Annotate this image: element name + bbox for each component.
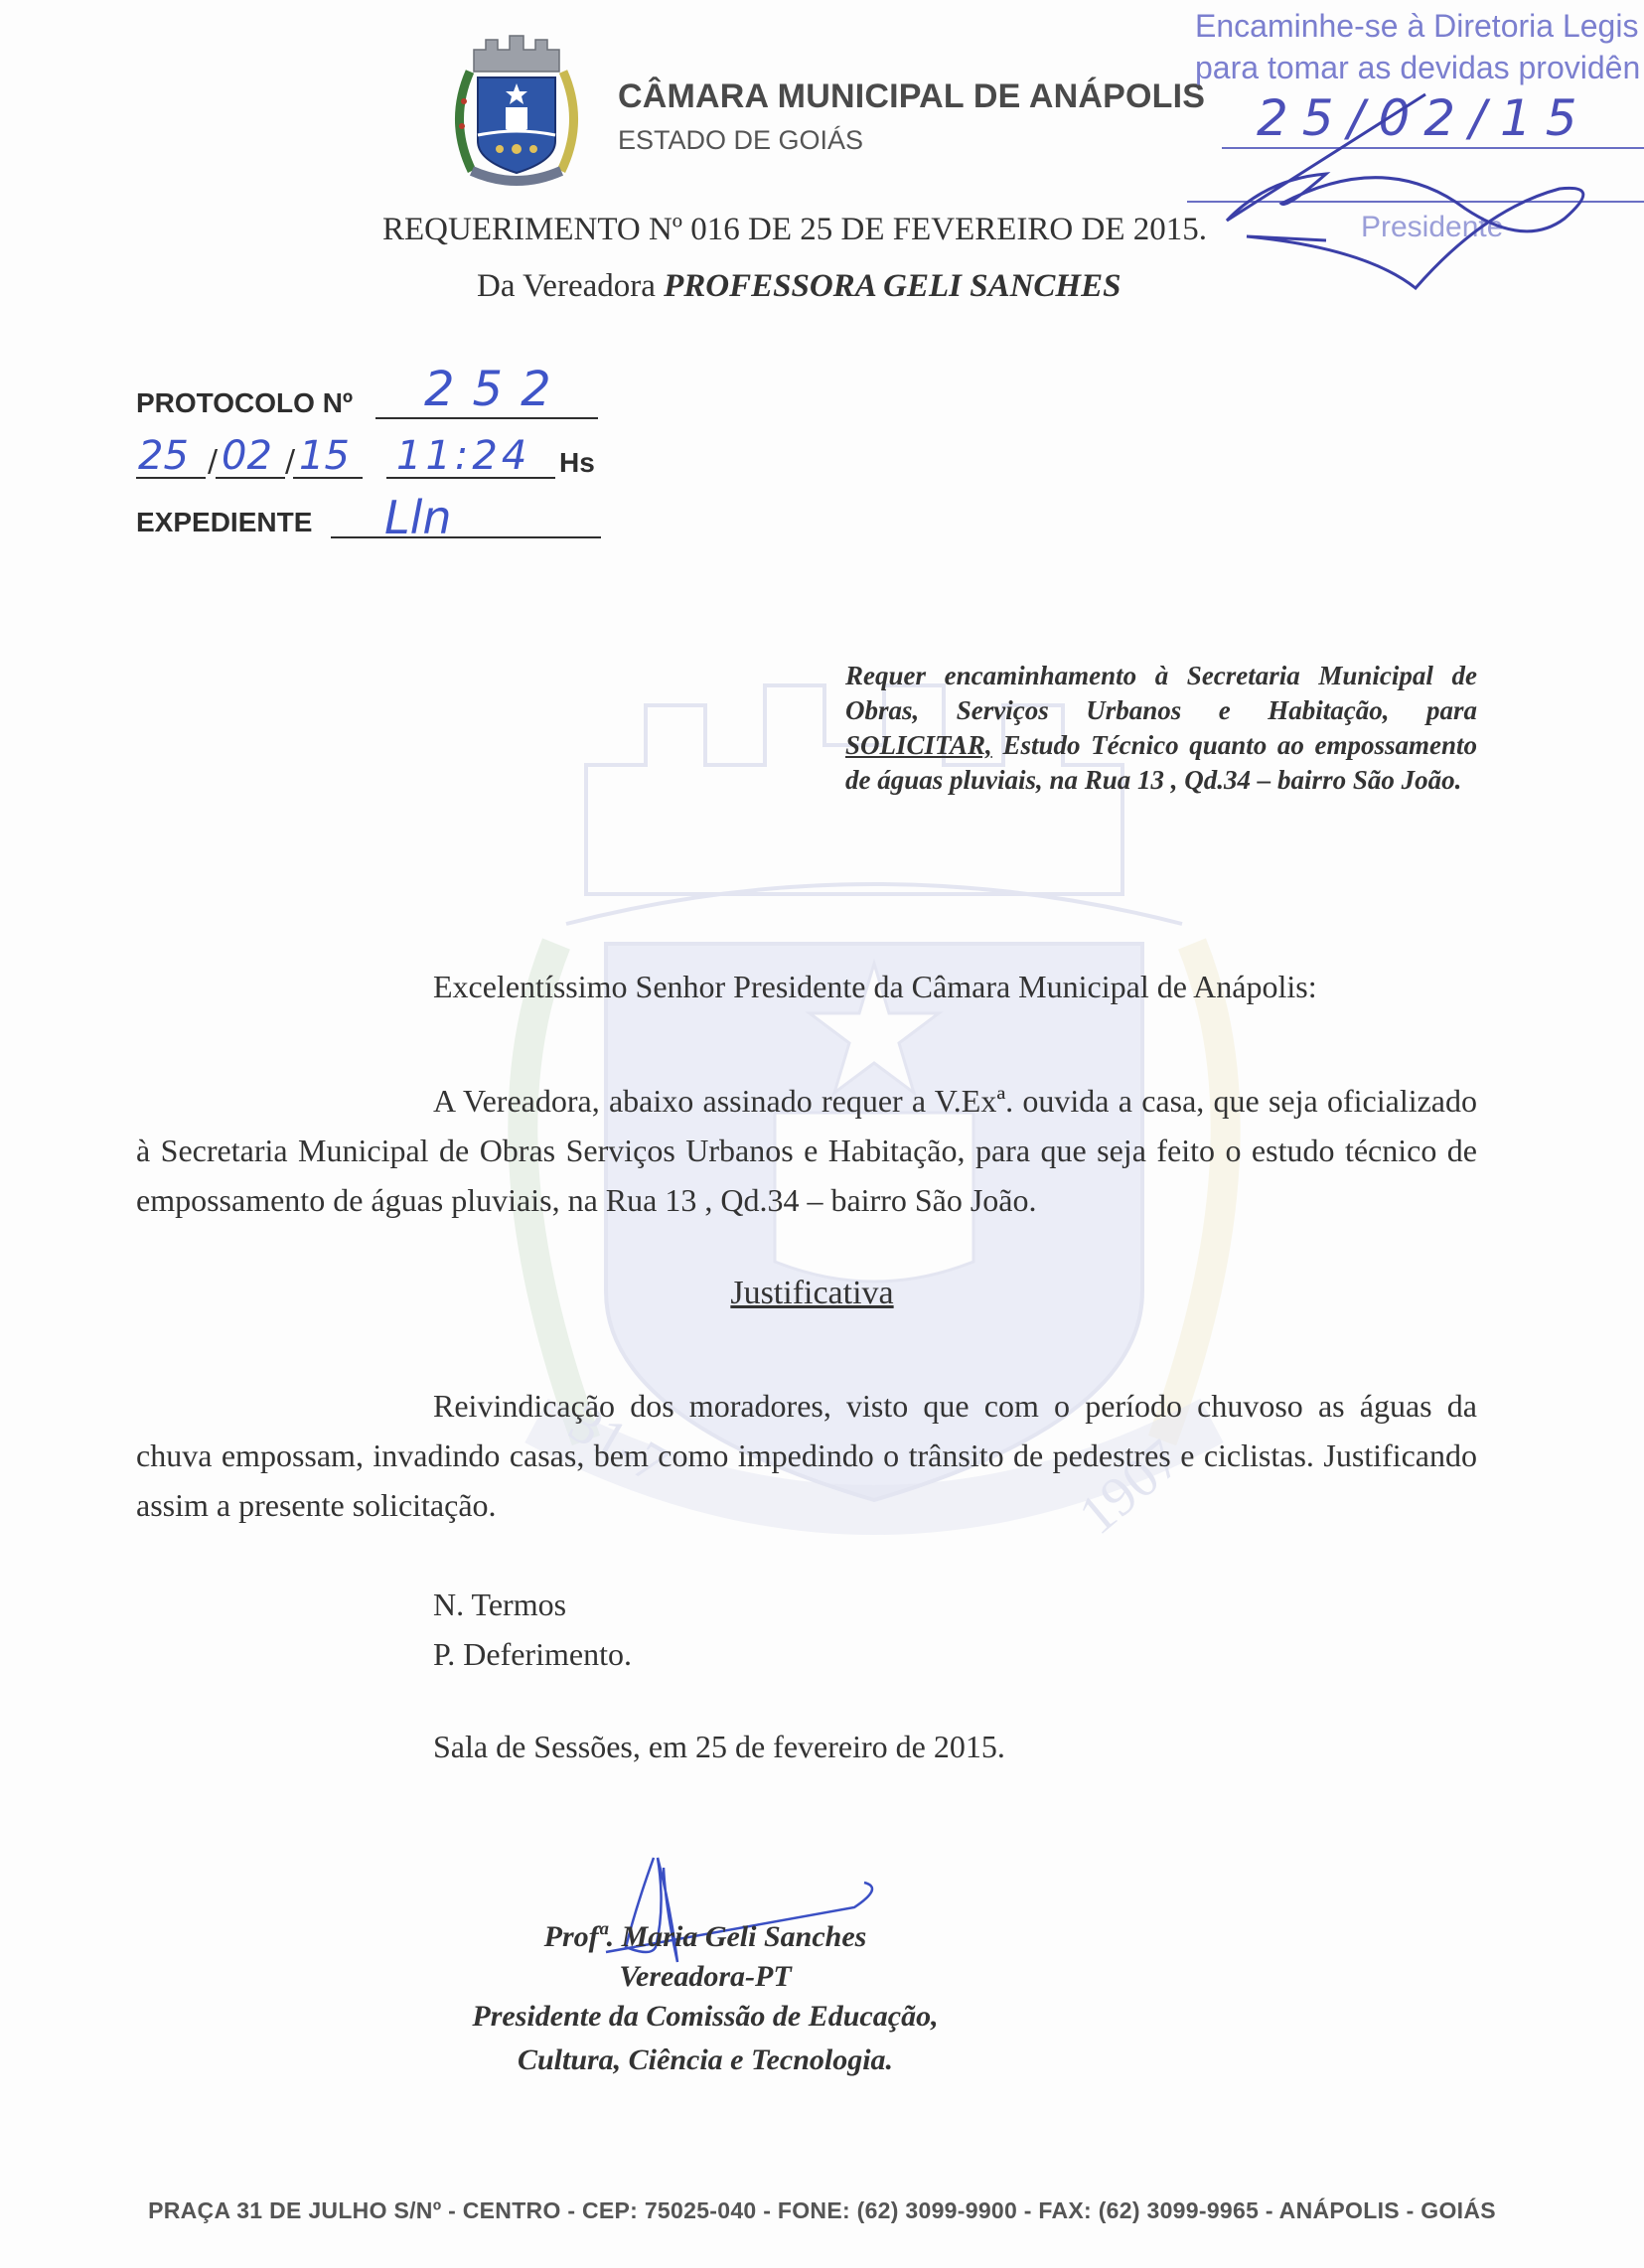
protocol-number-label: PROTOCOLO Nº bbox=[136, 387, 353, 419]
request-paragraph: A Vereadora, abaixo assinado requer a V.… bbox=[136, 1076, 1477, 1225]
justification-paragraph: Reivindicação dos moradores, visto que c… bbox=[136, 1381, 1477, 1530]
date-separator: / bbox=[285, 444, 295, 479]
coat-of-arms-icon bbox=[442, 32, 591, 191]
signer-role-line1: Presidente da Comissão de Educação, bbox=[427, 1997, 983, 2037]
document-author: Da Vereadora PROFESSORA GELI SANCHES bbox=[477, 268, 1121, 305]
protocol-block: PROTOCOLO Nº 252 25 / 02 / 15 11:24 Hs E… bbox=[136, 370, 613, 548]
protocol-datetime-row: 25 / 02 / 15 11:24 Hs bbox=[136, 429, 613, 489]
justification-paragraph-text: Reivindicação dos moradores, visto que c… bbox=[136, 1388, 1477, 1523]
protocol-date-year: 15 bbox=[299, 433, 350, 479]
protocol-expediente-row: EXPEDIENTE Lln bbox=[136, 489, 613, 548]
author-name: PROFESSORA GELI SANCHES bbox=[664, 268, 1121, 304]
justification-heading: Justificativa bbox=[0, 1275, 1644, 1312]
protocol-number-line bbox=[375, 417, 598, 419]
expediente-initials: Lln bbox=[384, 491, 452, 544]
salutation: Excelentíssimo Senhor Presidente da Câma… bbox=[433, 969, 1317, 1005]
closing-formula: N. Termos P. Deferimento. bbox=[433, 1580, 632, 1679]
signer-role-line2: Cultura, Ciência e Tecnologia. bbox=[427, 2041, 983, 2080]
date-separator: / bbox=[208, 444, 218, 479]
protocol-date-day: 25 bbox=[138, 433, 189, 479]
justification-heading-text: Justificativa bbox=[730, 1275, 893, 1311]
protocol-number-row: PROTOCOLO Nº 252 bbox=[136, 370, 613, 429]
organization-name: CÂMARA MUNICIPAL DE ANÁPOLIS bbox=[618, 77, 1205, 116]
dispatch-stamp: Encaminhe-se à Diretoria Legis para toma… bbox=[1187, 0, 1644, 298]
expediente-line bbox=[331, 536, 601, 538]
ementa-part1: Requer encaminhamento à Secretaria Munic… bbox=[845, 661, 1477, 725]
protocol-number-value: 252 bbox=[424, 362, 569, 417]
signer-name: Profª. Maria Geli Sanches bbox=[427, 1917, 983, 1957]
expediente-label: EXPEDIENTE bbox=[136, 507, 312, 538]
document-title: REQUERIMENTO Nº 016 DE 25 DE FEVEREIRO D… bbox=[382, 212, 1207, 248]
president-signature-icon bbox=[1187, 0, 1644, 298]
signer-party: Vereadora-PT bbox=[427, 1957, 983, 1997]
closing-line1: N. Termos bbox=[433, 1580, 632, 1629]
time-suffix: Hs bbox=[559, 447, 595, 479]
ementa-underlined: SOLICITAR, bbox=[845, 730, 992, 760]
signature-block: Profª. Maria Geli Sanches Vereadora-PT P… bbox=[427, 1917, 983, 2080]
author-prefix: Da Vereadora bbox=[477, 268, 656, 304]
footer-address: PRAÇA 31 DE JULHO S/Nº - CENTRO - CEP: 7… bbox=[0, 2197, 1644, 2224]
place-date: Sala de Sessões, em 25 de fevereiro de 2… bbox=[433, 1729, 1005, 1765]
ementa-summary: Requer encaminhamento à Secretaria Munic… bbox=[845, 659, 1477, 798]
protocol-time: 11:24 bbox=[396, 433, 530, 479]
request-paragraph-text: A Vereadora, abaixo assinado requer a V.… bbox=[136, 1083, 1477, 1218]
closing-line2: P. Deferimento. bbox=[433, 1629, 632, 1679]
protocol-date-month: 02 bbox=[222, 433, 272, 479]
organization-state: ESTADO DE GOIÁS bbox=[618, 125, 863, 156]
